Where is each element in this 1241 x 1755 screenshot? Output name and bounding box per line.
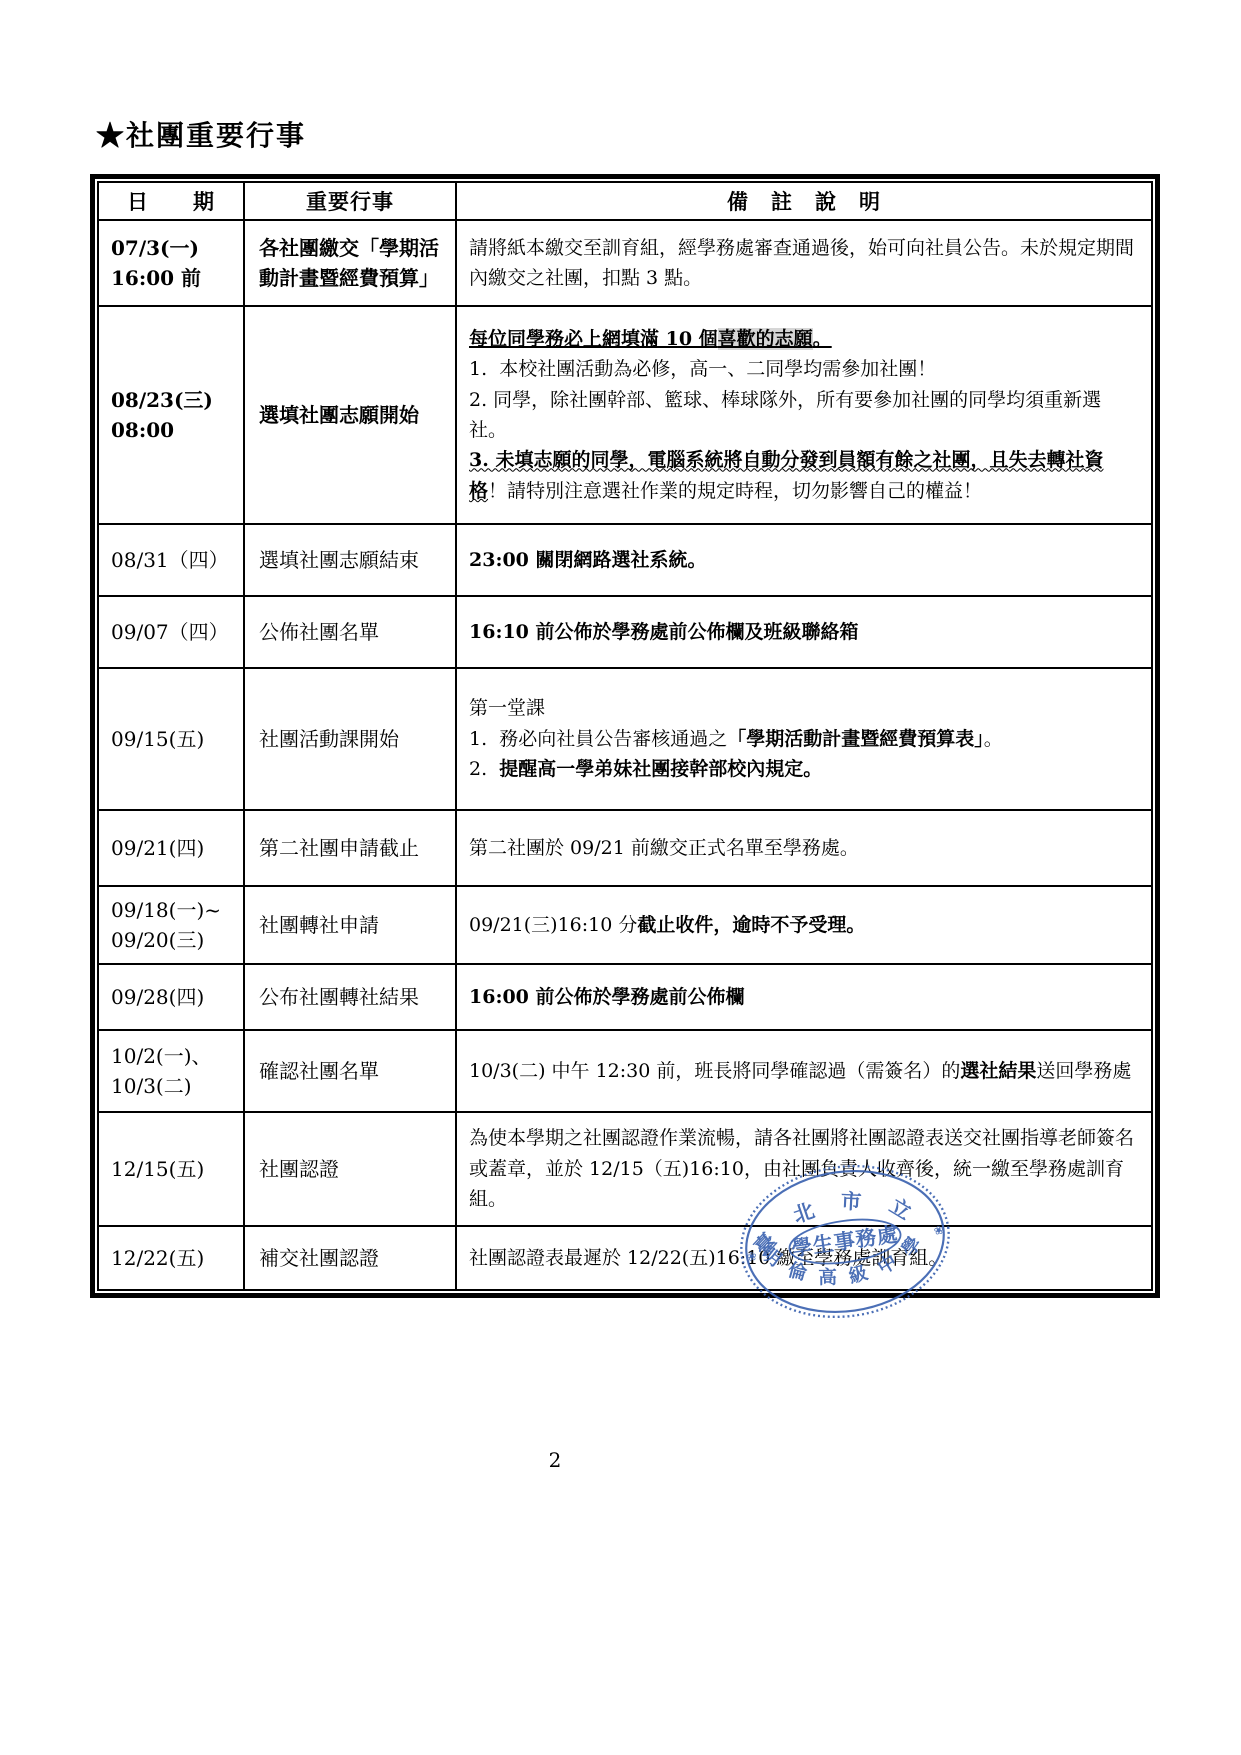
note-paragraph: 每位同學務必上網填滿 10 個喜歡的志願。 <box>469 324 1139 354</box>
table-row: 09/18(一)~ 09/20(三)社團轉社申請09/21(三)16:10 分截… <box>98 886 1152 964</box>
date-cell: 08/23(三) 08:00 <box>98 306 244 524</box>
note-paragraph: 1. 本校社團活動為必修，高一、二同學均需參加社團！ <box>469 354 1139 384</box>
note-cell: 23:00 關閉網路選社系統。 <box>456 524 1152 596</box>
header-date: 日 期 <box>98 182 244 220</box>
table-row: 10/2(一)、 10/3(二)確認社團名單10/3(二) 中午 12:30 前… <box>98 1030 1152 1112</box>
note-paragraph: 2. 提醒高一學弟妹社團接幹部校內規定。 <box>469 754 1139 784</box>
event-cell: 社團認證 <box>244 1112 456 1226</box>
note-paragraph: 16:10 前公佈於學務處前公佈欄及班級聯絡箱 <box>469 617 1139 647</box>
event-cell: 選填社團志願開始 <box>244 306 456 524</box>
table-row: 09/15(五)社團活動課開始第一堂課1. 務必向社員公告審核通過之「學期活動計… <box>98 668 1152 810</box>
event-cell: 社團活動課開始 <box>244 668 456 810</box>
table-body: 07/3(一) 16:00 前各社團繳交「學期活動計畫暨經費預算」請將紙本繳交至… <box>98 220 1152 1290</box>
page-number: 2 <box>0 1448 1110 1472</box>
stamp-right-flower-icon: ❀ <box>933 1223 945 1238</box>
date-cell: 09/18(一)~ 09/20(三) <box>98 886 244 964</box>
event-cell: 選填社團志願結束 <box>244 524 456 596</box>
note-cell: 每位同學務必上網填滿 10 個喜歡的志願。1. 本校社團活動為必修，高一、二同學… <box>456 306 1152 524</box>
school-office-stamp: 臺北市立 明倫高級中學 學生事務處 ❀ ❀ <box>732 1154 958 1330</box>
note-cell: 第一堂課1. 務必向社員公告審核通過之「學期活動計畫暨經費預算表」。2. 提醒高… <box>456 668 1152 810</box>
note-paragraph: 23:00 關閉網路選社系統。 <box>469 545 1139 575</box>
table-row: 08/23(三) 08:00選填社團志願開始每位同學務必上網填滿 10 個喜歡的… <box>98 306 1152 524</box>
event-cell: 第二社團申請截止 <box>244 810 456 886</box>
club-schedule-table: 日 期 重要行事 備 註 說 明 07/3(一) 16:00 前各社團繳交「學期… <box>90 174 1160 1298</box>
header-notes: 備 註 說 明 <box>456 182 1152 220</box>
stamp-left-flower-icon: ❀ <box>746 1249 758 1264</box>
note-paragraph: 10/3(二) 中午 12:30 前，班長將同學確認過（需簽名）的選社結果送回學… <box>469 1056 1139 1086</box>
date-cell: 09/28(四) <box>98 964 244 1030</box>
date-cell: 09/21(四) <box>98 810 244 886</box>
note-paragraph: 請將紙本繳交至訓育組，經學務處審查通過後，始可向社員公告。未於規定期間內繳交之社… <box>469 233 1139 294</box>
date-cell: 08/31（四） <box>98 524 244 596</box>
table-row: 07/3(一) 16:00 前各社團繳交「學期活動計畫暨經費預算」請將紙本繳交至… <box>98 220 1152 306</box>
note-paragraph: 16:00 前公佈於學務處前公佈欄 <box>469 982 1139 1012</box>
date-cell: 12/15(五) <box>98 1112 244 1226</box>
event-cell: 社團轉社申請 <box>244 886 456 964</box>
date-cell: 10/2(一)、 10/3(二) <box>98 1030 244 1112</box>
note-paragraph: 1. 務必向社員公告審核通過之「學期活動計畫暨經費預算表」。 <box>469 724 1139 754</box>
header-event: 重要行事 <box>244 182 456 220</box>
note-cell: 第二社團於 09/21 前繳交正式名單至學務處。 <box>456 810 1152 886</box>
event-cell: 公佈社團名單 <box>244 596 456 668</box>
table-header-row: 日 期 重要行事 備 註 說 明 <box>98 182 1152 220</box>
table-row: 09/07（四）公佈社團名單16:10 前公佈於學務處前公佈欄及班級聯絡箱 <box>98 596 1152 668</box>
table-row: 08/31（四）選填社團志願結束23:00 關閉網路選社系統。 <box>98 524 1152 596</box>
note-cell: 09/21(三)16:10 分截止收件，逾時不予受理。 <box>456 886 1152 964</box>
table-row: 09/28(四)公布社團轉社結果16:00 前公佈於學務處前公佈欄 <box>98 964 1152 1030</box>
table-row: 12/15(五)社團認證為使本學期之社團認證作業流暢，請各社團將社團認證表送交社… <box>98 1112 1152 1226</box>
date-cell: 09/15(五) <box>98 668 244 810</box>
page-title: ★社團重要行事 <box>96 114 306 154</box>
note-paragraph: 09/21(三)16:10 分截止收件，逾時不予受理。 <box>469 910 1139 940</box>
note-cell: 10/3(二) 中午 12:30 前，班長將同學確認過（需簽名）的選社結果送回學… <box>456 1030 1152 1112</box>
note-cell: 16:00 前公佈於學務處前公佈欄 <box>456 964 1152 1030</box>
note-paragraph: 第二社團於 09/21 前繳交正式名單至學務處。 <box>469 833 1139 863</box>
event-cell: 補交社團認證 <box>244 1226 456 1290</box>
date-cell: 12/22(五) <box>98 1226 244 1290</box>
event-cell: 公布社團轉社結果 <box>244 964 456 1030</box>
note-paragraph: 第一堂課 <box>469 693 1139 723</box>
date-cell: 09/07（四） <box>98 596 244 668</box>
note-cell: 16:10 前公佈於學務處前公佈欄及班級聯絡箱 <box>456 596 1152 668</box>
date-cell: 07/3(一) 16:00 前 <box>98 220 244 306</box>
table-row: 09/21(四)第二社團申請截止第二社團於 09/21 前繳交正式名單至學務處。 <box>98 810 1152 886</box>
note-paragraph: 2. 同學，除社團幹部、籃球、棒球隊外，所有要參加社團的同學均須重新選社。 <box>469 385 1139 446</box>
note-paragraph: 3. 未填志願的同學，電腦系統將自動分發到員額有餘之社團，且失去轉社資格！請特別… <box>469 445 1139 506</box>
table-row: 12/22(五)補交社團認證社團認證表最遲於 12/22(五)16:10 繳至學… <box>98 1226 1152 1290</box>
event-cell: 各社團繳交「學期活動計畫暨經費預算」 <box>244 220 456 306</box>
note-cell: 請將紙本繳交至訓育組，經學務處審查通過後，始可向社員公告。未於規定期間內繳交之社… <box>456 220 1152 306</box>
event-cell: 確認社團名單 <box>244 1030 456 1112</box>
